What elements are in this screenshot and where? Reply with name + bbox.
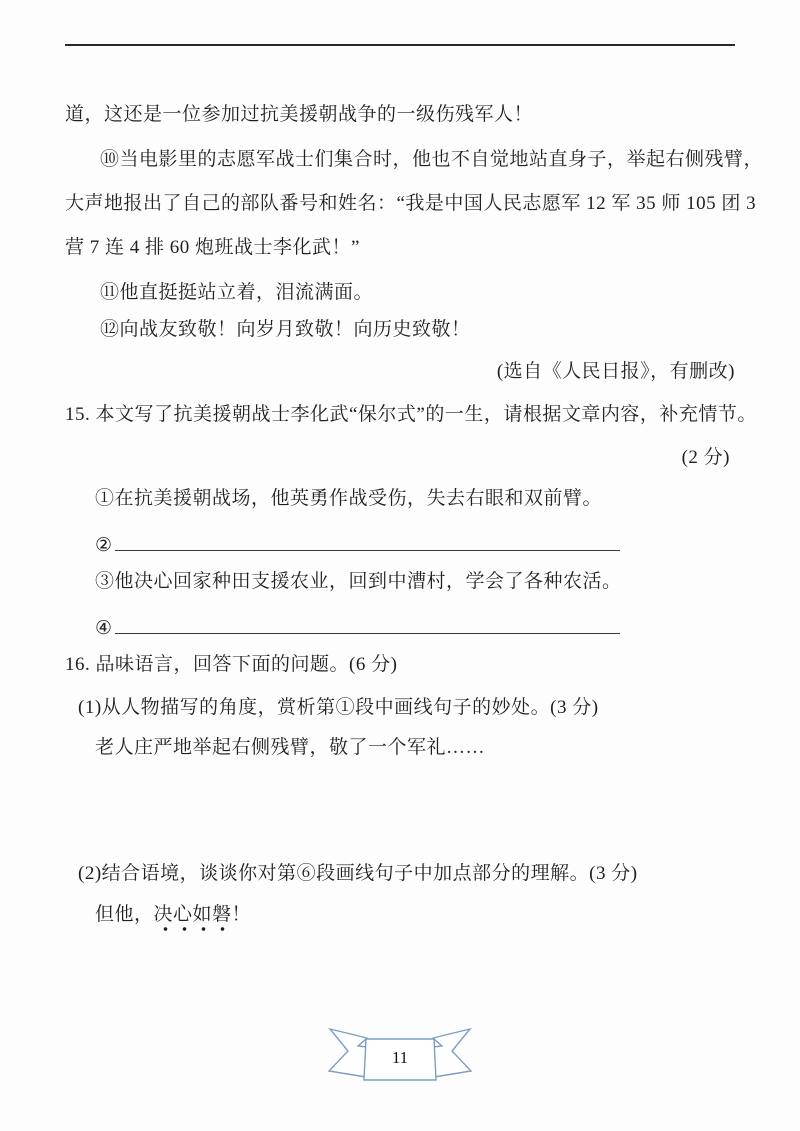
question-16-stem: 16. 品味语言，回答下面的问题。(6 分) (65, 653, 397, 677)
item-2-number: ② (95, 535, 113, 556)
emphasized-phrase: 决心如磐 (154, 904, 232, 932)
item-4-number: ④ (95, 618, 113, 639)
page-number: 11 (325, 1048, 475, 1068)
article-paragraph-11: ⑪他直挺挺站立着，泪流满面。 (100, 281, 373, 305)
article-continuation-line: 道，这还是一位参加过抗美援朝战争的一级伤残军人！ (65, 103, 533, 127)
question-16-sub-1-quote: 老人庄严地举起右侧残臂，敬了一个军礼…… (95, 736, 485, 760)
question-15-item-4-row: ④ (95, 611, 620, 641)
article-source-attribution: (选自《人民日报》，有删改) (497, 360, 735, 384)
article-paragraph-12: ⑫向战友致敬！向岁月致敬！向历史致敬！ (100, 318, 471, 342)
quote-suffix: ！ (232, 904, 252, 925)
question-15-item-1: ①在抗美援朝战场，他英勇作战受伤，失去右眼和双前臂。 (95, 487, 602, 511)
question-16-sub-2: (2)结合语境，谈谈你对第⑥段画线句子中加点部分的理解。(3 分) (78, 862, 638, 886)
question-15-stem: 15. 本文写了抗美援朝战士李化武“保尔式”的一生，请根据文章内容，补充情节。 (65, 403, 757, 427)
question-15-item-3: ③他决心回家种田支援农业，回到中漕村，学会了各种农活。 (95, 570, 622, 594)
article-paragraph-10-line-3: 营 7 连 4 排 60 炮班战士李化武！” (65, 236, 360, 260)
exam-page: 道，这还是一位参加过抗美援朝战争的一级伤残军人！ ⑩当电影里的志愿军战士们集合时… (0, 0, 800, 1131)
question-16-sub-2-quote: 但他，决心如磐！ (95, 903, 251, 927)
question-15-score: (2 分) (682, 446, 730, 470)
page-number-ribbon: 11 (325, 1024, 475, 1088)
answer-blank-line-2 (115, 528, 620, 551)
question-16-sub-1: (1)从人物描写的角度，赏析第①段中画线句子的妙处。(3 分) (78, 696, 599, 720)
header-rule (65, 44, 735, 46)
article-paragraph-10-line-2: 大声地报出了自己的部队番号和姓名：“我是中国人民志愿军 12 军 35 师 10… (65, 192, 756, 216)
article-paragraph-10-line-1: ⑩当电影里的志愿军战士们集合时，他也不自觉地站直身子，举起右侧残臂， (100, 148, 763, 172)
question-15-item-2-row: ② (95, 528, 620, 558)
answer-blank-line-4 (115, 611, 620, 634)
quote-prefix: 但他， (95, 904, 154, 925)
